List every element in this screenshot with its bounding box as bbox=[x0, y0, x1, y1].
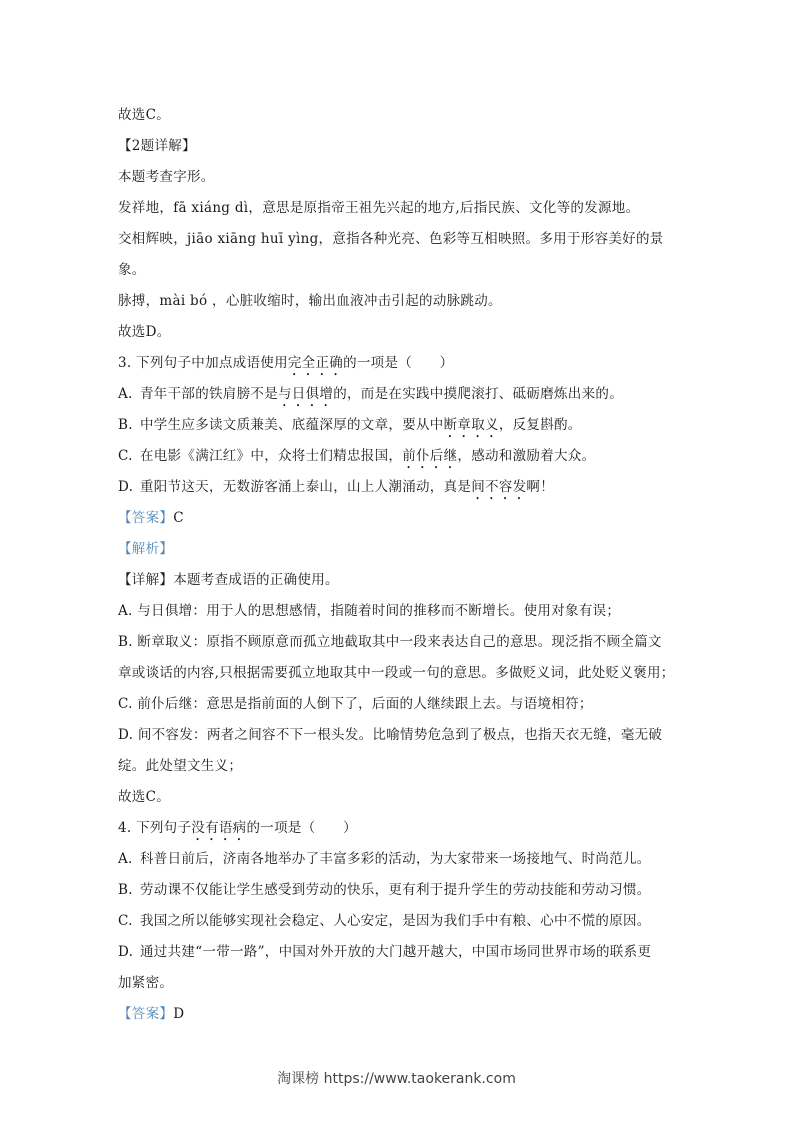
conclusion-q2: 故选D。 bbox=[118, 317, 678, 348]
q4-option-b: B.劳动课不仅能让学生感受到劳动的快乐，更有利于提升学生的劳动技能和劳动习惯。 bbox=[118, 875, 678, 906]
emphasized-phrase: 没有语病 bbox=[191, 820, 246, 836]
q3-option-b: B.中学生应多读文质兼美、底蕴深厚的文章，要从中断章取义，反复斟酌。 bbox=[118, 410, 678, 441]
answer-label: 【答案】 bbox=[118, 1006, 173, 1022]
q3-explanation-b: B. 断章取义：原指不顾原意而孤立地截取其中一段来表达自己的意思。现泛指不顾全篇… bbox=[118, 627, 678, 658]
q3-stem: 3. 下列句子中加点成语使用完全正确的一项是（ ） bbox=[118, 348, 678, 379]
answer-value: D bbox=[173, 1006, 184, 1022]
conclusion-q1: 故选C。 bbox=[118, 100, 678, 131]
q3-explanation-d-cont: 绽。此处望文生义； bbox=[118, 751, 678, 782]
q4-option-a: A.科普日前后，济南各地举办了丰富多彩的活动，为大家带来一场接地气、时尚范儿。 bbox=[118, 844, 678, 875]
q4-answer: 【答案】D bbox=[118, 999, 678, 1030]
q3-explanation-c: C. 前仆后继：意思是指前面的人倒下了，后面的人继续跟上去。与语境相符； bbox=[118, 689, 678, 720]
q4-stem: 4. 下列句子没有语病的一项是（ ） bbox=[118, 813, 678, 844]
emphasized-idiom: 与日俱增 bbox=[278, 386, 333, 402]
answer-value: C bbox=[173, 510, 184, 526]
q2-explanation-1: 发祥地，fā xiáng dì，意思是原指帝王祖先兴起的地方,后指民族、文化等的… bbox=[118, 193, 678, 224]
emphasized-idiom: 前仆后继 bbox=[402, 448, 457, 464]
q3-detail: 【详解】本题考查成语的正确使用。 bbox=[118, 565, 678, 596]
q3-conclusion: 故选C。 bbox=[118, 782, 678, 813]
q2-explanation-3: 脉搏，mài bó ，心脏收缩时，输出血液冲击引起的动脉跳动。 bbox=[118, 286, 678, 317]
q2-explanation-2-cont: 象。 bbox=[118, 255, 678, 286]
q3-option-a: A.青年干部的铁肩膀不是与日俱增的，而是在实践中摸爬滚打、砥砺磨炼出来的。 bbox=[118, 379, 678, 410]
footer-watermark: 淘课榜 https://www.taokerank.com bbox=[0, 1068, 793, 1088]
q3-explanation-d: D. 间不容发：两者之间容不下一根头发。比喻情势危急到了极点，也指天衣无缝，毫无… bbox=[118, 720, 678, 751]
document-page: 故选C。 【2题详解】 本题考查字形。 发祥地，fā xiáng dì，意思是原… bbox=[118, 100, 678, 1030]
q2-topic: 本题考查字形。 bbox=[118, 162, 678, 193]
q3-explanation-a: A. 与日俱增：用于人的思想感情，指随着时间的推移而不断增长。使用对象有误； bbox=[118, 596, 678, 627]
q3-explanation-b-cont: 章或谈话的内容,只根据需要孤立地取其中一段或一句的意思。多做贬义词，此处贬义褒用… bbox=[118, 658, 678, 689]
answer-label: 【答案】 bbox=[118, 510, 173, 526]
q4-option-d-cont: 加紧密。 bbox=[118, 968, 678, 999]
q3-option-c: C.在电影《满江红》中，众将士们精忠报国，前仆后继，感动和激励着大众。 bbox=[118, 441, 678, 472]
section-heading-q2-detail: 【2题详解】 bbox=[118, 131, 678, 162]
emphasized-idiom: 间不容发 bbox=[471, 479, 526, 495]
emphasized-phrase: 完全正确 bbox=[288, 355, 343, 371]
q4-option-d: D.通过共建“一带一路”，中国对外开放的大门越开越大，中国市场同世界市场的联系更 bbox=[118, 937, 678, 968]
q3-answer: 【答案】C bbox=[118, 503, 678, 534]
q3-option-d: D.重阳节这天，无数游客涌上泰山，山上人潮涌动，真是间不容发啊！ bbox=[118, 472, 678, 503]
emphasized-idiom: 断章取义 bbox=[444, 417, 499, 433]
q3-analysis-label: 【解析】 bbox=[118, 534, 678, 565]
q2-explanation-2: 交相辉映，jiāo xiāng huī yìng，意指各种光亮、色彩等互相映照。… bbox=[118, 224, 678, 255]
q4-option-c: C.我国之所以能够实现社会稳定、人心安定，是因为我们手中有粮、心中不慌的原因。 bbox=[118, 906, 678, 937]
